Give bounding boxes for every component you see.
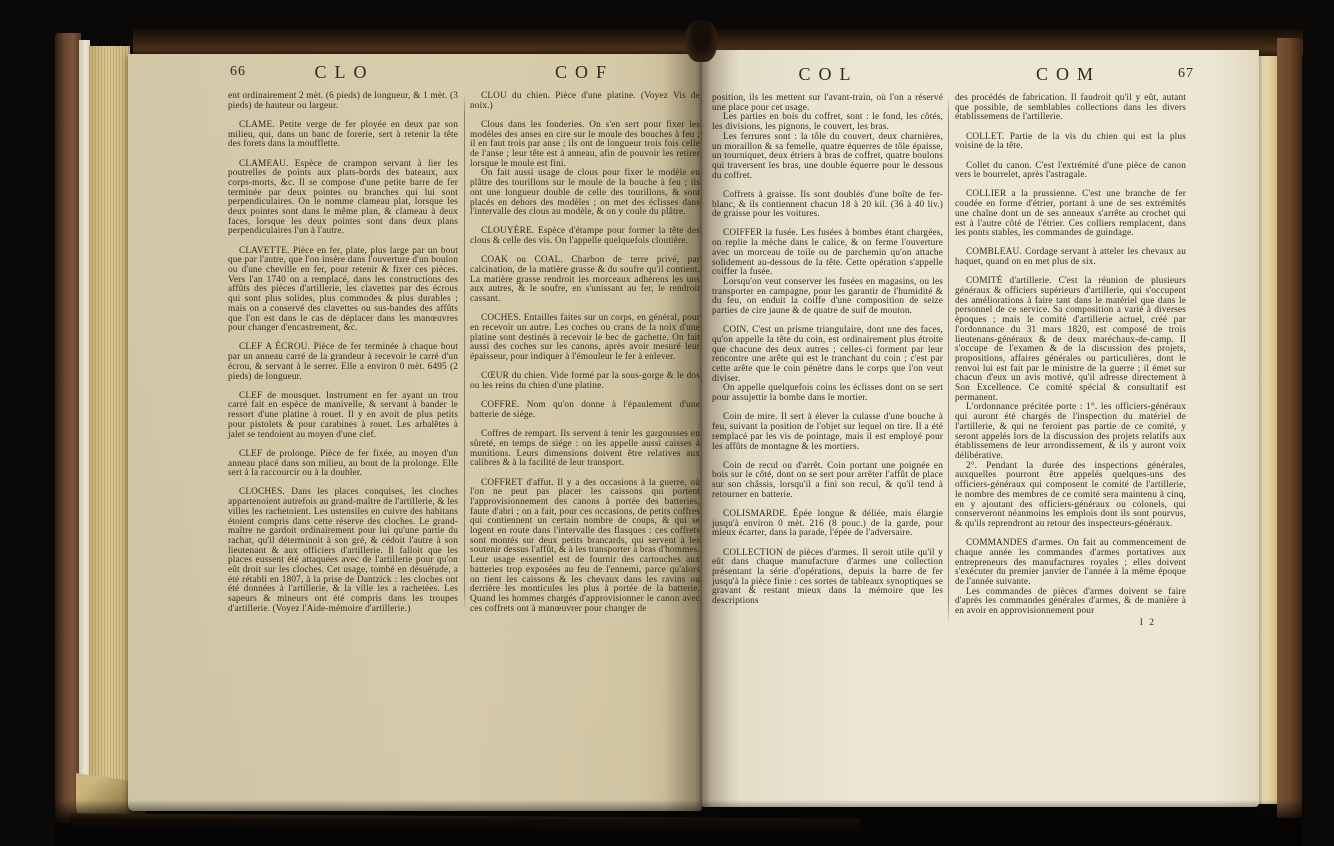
book-right-cover-edge (1277, 38, 1302, 818)
running-head-clo: CLO (228, 62, 461, 83)
paragraph: Coffres de rempart. Ils servent à tenir … (470, 430, 700, 469)
paragraph: On appelle quelquefois coins les éclisse… (712, 384, 943, 403)
paragraph: Lorsqu'on veut conserver les fusées en m… (712, 278, 943, 317)
column-divider-rule (948, 96, 949, 624)
paragraph: L'ordonnance précitée porte : 1°. les of… (955, 403, 1186, 461)
paragraph: CLAVETTE. Pièce en fer, plate, plus larg… (228, 247, 458, 334)
paragraph: COFFRET d'affut. Il y a des occasions à … (470, 479, 700, 615)
paragraph: Clous dans les fonderies. On s'en sert p… (470, 121, 700, 170)
paragraph: COLLET. Partie de la vis du chien qui es… (955, 133, 1186, 152)
signature-mark: I 2 (955, 618, 1186, 628)
paragraph: 2°. Pendant la durée des inspections gén… (955, 462, 1186, 530)
column-1: ent ordinairement 2 mèt. (6 pieds) de lo… (228, 92, 458, 615)
paragraph: COCHES. Entailles faites sur un corps, e… (470, 314, 700, 363)
column-2: CLOU du chien. Pièce d'une platine. (Voy… (470, 92, 700, 615)
paragraph: CLOUYÈRE. Espèce d'étampe pour former la… (470, 227, 700, 246)
left-page-columns: ent ordinairement 2 mèt. (6 pieds) de lo… (228, 92, 700, 615)
left-page-print-area: 66 CLO COF ent ordinairement 2 mèt. (6 p… (228, 60, 700, 615)
paragraph: position, ils les mettent sur l'avant-tr… (712, 94, 943, 113)
paragraph: COIN. C'est un prisme triangulaire, dont… (712, 326, 943, 384)
paragraph: COAK ou COAL. Charbon de terre privé, pa… (470, 256, 700, 305)
paragraph: Les ferrures sont : la tôle du couvert, … (712, 133, 943, 182)
gutter-headband-notch (686, 20, 717, 62)
photo-background: 66 CLO COF ent ordinairement 2 mèt. (6 p… (0, 0, 1334, 846)
paragraph: CLOCHES. Dans les places conquises, les … (228, 488, 458, 614)
paragraph: COLLECTION de pièces d'armes. Il seroit … (712, 549, 943, 607)
right-page-header: COL COM 67 (712, 62, 1198, 92)
column-4-paragraphs: des procédés de fabrication. Il faudroit… (955, 94, 1186, 617)
page-stack-fore-edge (89, 46, 130, 816)
paragraph: Les parties en bois du coffret, sont : l… (712, 113, 943, 132)
paragraph: CLAMEAU. Espèce de crampon servant à lie… (228, 160, 458, 238)
paragraph: Coin de mire. Il sert à élever la culass… (712, 413, 943, 452)
column-3: position, ils les mettent sur l'avant-tr… (712, 94, 943, 628)
paragraph: Coffrets à graisse. Ils sont doublés d'u… (712, 191, 943, 220)
left-page-header: 66 CLO COF (228, 60, 700, 90)
paragraph: COIFFER la fusée. Les fusées à bombes ét… (712, 229, 943, 278)
running-head-com: COM (952, 64, 1185, 85)
paragraph: Collet du canon. C'est l'extrémité d'une… (955, 162, 1186, 181)
paragraph: CLAME. Petite verge de fer ployée en deu… (228, 121, 458, 150)
paragraph: COMITÉ d'artillerie. C'est la réunion de… (955, 277, 1186, 403)
right-page-stack-edge (1258, 56, 1278, 804)
column-4: des procédés de fabrication. Il faudroit… (955, 94, 1186, 628)
paragraph: ent ordinairement 2 mèt. (6 pieds) de lo… (228, 92, 458, 111)
running-head-cof: COF (468, 62, 701, 83)
paragraph: CLOU du chien. Pièce d'une platine. (Voy… (470, 92, 700, 111)
paragraph: On fait aussi usage de clous pour fixer … (470, 169, 700, 218)
right-page-print-area: COL COM 67 position, ils les mettent sur… (712, 62, 1198, 628)
paragraph: COLLIER a la prussienne. C'est une branc… (955, 190, 1186, 239)
paragraph: des procédés de fabrication. Il faudroit… (955, 94, 1186, 123)
paragraph: Coin de recul ou d'arrêt. Coin portant u… (712, 462, 943, 501)
paragraph: COMMANDES d'armes. On fait au commenceme… (955, 539, 1186, 588)
running-head-col: COL (712, 64, 945, 85)
left-page: 66 CLO COF ent ordinairement 2 mèt. (6 p… (128, 54, 702, 811)
paragraph: COFFRE. Nom qu'on donne à l'épaulement d… (470, 401, 700, 420)
paragraph: COMBLEAU. Cordage servant à atteler les … (955, 248, 1186, 267)
paragraph: COLISMARDE. Épée longue & déliée, mais é… (712, 510, 943, 539)
paragraph: CLEF de prolonge. Pièce de fer fixée, au… (228, 450, 458, 479)
right-page-columns: position, ils les mettent sur l'avant-tr… (712, 94, 1198, 628)
paragraph: CLEF A ÉCROU. Pièce de fer terminée à ch… (228, 343, 458, 382)
right-page: COL COM 67 position, ils les mettent sur… (702, 50, 1259, 807)
column-divider-rule (464, 94, 465, 611)
paragraph: Les commandes de pièces d'armes doivent … (955, 588, 1186, 617)
page-number-67: 67 (1178, 66, 1194, 82)
book-bottom-cover-edge (70, 813, 860, 835)
paragraph: CŒUR du chien. Vide formé par la sous-go… (470, 372, 700, 391)
paragraph: CLEF de mousquet. Instrument en fer ayan… (228, 392, 458, 441)
book-left-cover-edge (55, 33, 81, 823)
